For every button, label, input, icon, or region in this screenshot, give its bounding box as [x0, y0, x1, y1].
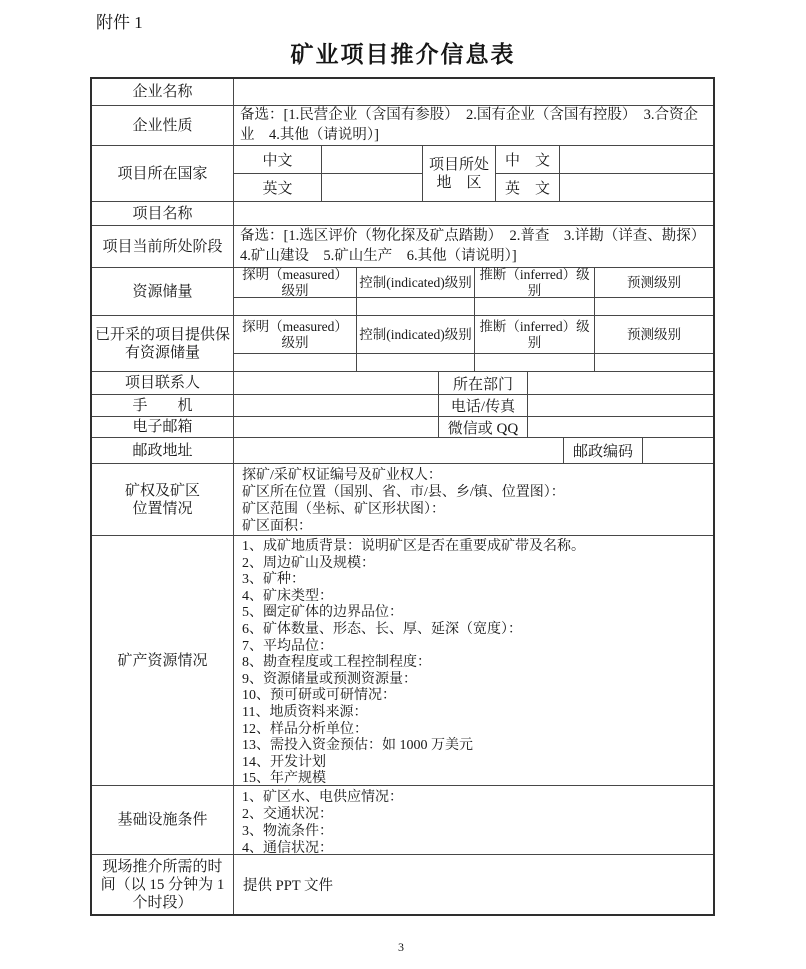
postal-address-label: 邮政地址 [92, 438, 233, 463]
contact-person-label: 项目联系人 [92, 372, 233, 394]
mined-value-inferred [474, 354, 594, 371]
mineral-line: 7、平均品位： [242, 639, 713, 656]
mined-value-measured [234, 354, 356, 371]
mineral-line: 9、资源储量或预测资源量： [242, 672, 713, 689]
resource-value-inferred [474, 298, 594, 315]
mining-rights-line: 矿区所在位置（国别、省、市/县、乡/镇、位置图）： [242, 484, 713, 501]
mineral-line: 5、圈定矿体的边界品位： [242, 605, 713, 622]
presentation-time-content: 提供 PPT 文件 [233, 855, 713, 914]
resource-value-row [234, 297, 713, 315]
email-label: 电子邮箱 [92, 417, 233, 437]
company-nature-label: 企业性质 [92, 106, 233, 145]
mined-reserves-label-line2: 有资源储量 [125, 344, 200, 362]
country-cn-label: 中文 [234, 146, 321, 173]
mineral-line: 14、开发计划 [242, 755, 713, 772]
mineral-line: 10、预可研或可研情况： [242, 688, 713, 705]
infrastructure-line: 2、交通状况： [242, 806, 713, 823]
row-project-name: 项目名称 [92, 201, 713, 225]
infrastructure-line: 3、物流条件： [242, 823, 713, 840]
row-country-region: 项目所在国家 中文 英文 项目所处 地 区 中 文 [92, 145, 713, 201]
row-infrastructure: 基础设施条件 1、矿区水、电供应情况： 2、交通状况： 3、物流条件： 4、通信… [92, 785, 713, 854]
presentation-label-line3: 个时段） [132, 894, 192, 912]
mineral-resources-content: 1、成矿地质背景：说明矿区是否在重要成矿带及名称。 2、周边矿山及规模： 3、矿… [233, 536, 713, 785]
contact-person-value [233, 372, 438, 394]
row-resource-reserves: 资源储量 探明（measured）级别 控制(indicated)级别 推断（i… [92, 267, 713, 315]
mined-col-inferred: 推断（inferred）级别 [474, 316, 594, 353]
page-number: 3 [398, 940, 404, 955]
mining-rights-content: 探矿/采矿权证编号及矿业权人： 矿区所在位置（国别、省、市/县、乡/镇、位置图）… [233, 464, 713, 535]
resource-reserves-label: 资源储量 [92, 268, 233, 315]
presentation-time-label: 现场推介所需的时 间（以 15 分钟为 1 个时段） [92, 855, 233, 914]
resource-header-row: 探明（measured）级别 控制(indicated)级别 推断（inferr… [234, 268, 713, 297]
row-mineral-resources: 矿产资源情况 1、成矿地质背景：说明矿区是否在重要成矿带及名称。 2、周边矿山及… [92, 535, 713, 785]
mining-rights-label-line2: 位置情况 [132, 500, 192, 518]
resource-col-measured: 探明（measured）级别 [234, 268, 356, 297]
mineral-line: 12、样品分析单位： [242, 722, 713, 739]
attachment-label: 附件 1 [96, 8, 143, 33]
project-stage-options: 备选：[1.选区评价（物化探及矿点踏勘） 2.普查 3.详勘（详查、勘探） 4.… [233, 226, 713, 267]
project-name-label: 项目名称 [92, 202, 233, 225]
row-company-nature: 企业性质 备选：[1.民营企业（含国有参股） 2.国有企业（含国有控股） 3.合… [92, 105, 713, 145]
mineral-line: 13、需投入资金预估：如 1000 万美元 [242, 738, 713, 755]
company-name-value [233, 79, 713, 105]
phone-fax-label: 电话/传真 [438, 395, 527, 416]
row-mobile: 手 机 电话/传真 [92, 394, 713, 416]
country-en-label: 英文 [234, 174, 321, 201]
email-value [233, 417, 438, 437]
phone-fax-value [527, 395, 713, 416]
region-en-row: 英 文 [496, 173, 713, 201]
department-value [527, 372, 713, 394]
region-cn-row: 中 文 [496, 146, 713, 173]
project-name-value [233, 202, 713, 225]
mined-reserves-grid: 探明（measured）级别 控制(indicated)级别 推断（inferr… [233, 316, 713, 371]
country-en-value [321, 174, 422, 201]
country-cn-value [321, 146, 422, 173]
resource-col-forecast: 预测级别 [594, 268, 713, 297]
row-email: 电子邮箱 微信或 QQ [92, 416, 713, 437]
document-page: 附件 1 矿业项目推介信息表 企业名称 企业性质 备选：[1.民营企业（含国有参… [0, 0, 806, 969]
postal-address-value [233, 438, 563, 463]
mined-value-forecast [594, 354, 713, 371]
region-label: 项目所处 地 区 [422, 146, 495, 201]
mobile-value [233, 395, 438, 416]
region-cn-value [559, 146, 713, 173]
resource-value-forecast [594, 298, 713, 315]
postal-code-value [642, 438, 713, 463]
mineral-resources-label: 矿产资源情况 [92, 536, 233, 785]
mined-col-measured: 探明（measured）级别 [234, 316, 356, 353]
mineral-line: 2、周边矿山及规模： [242, 556, 713, 573]
form-table: 企业名称 企业性质 备选：[1.民营企业（含国有参股） 2.国有企业（含国有控股… [90, 77, 715, 916]
mined-col-forecast: 预测级别 [594, 316, 713, 353]
resource-col-indicated: 控制(indicated)级别 [356, 268, 474, 297]
wechat-qq-value [527, 417, 713, 437]
region-label-line2: 地 区 [436, 174, 481, 192]
presentation-label-line2: 间（以 15 分钟为 1 [101, 876, 225, 894]
resource-value-measured [234, 298, 356, 315]
mining-rights-label-line1: 矿权及矿区 [125, 482, 200, 500]
mining-rights-line: 矿区范围（坐标、矿区形状图）： [242, 501, 713, 518]
row-contact-person: 项目联系人 所在部门 [92, 371, 713, 394]
row-mined-reserves: 已开采的项目提供保 有资源储量 探明（measured）级别 控制(indica… [92, 315, 713, 371]
mined-col-indicated: 控制(indicated)级别 [356, 316, 474, 353]
company-name-label: 企业名称 [92, 79, 233, 105]
mineral-line: 6、矿体数量、形态、长、厚、延深（宽度）： [242, 622, 713, 639]
country-cn-row: 中文 [234, 146, 422, 173]
mining-rights-line: 矿区面积： [242, 518, 713, 535]
resource-col-inferred: 推断（inferred）级别 [474, 268, 594, 297]
mining-rights-line: 探矿/采矿权证编号及矿业权人： [242, 467, 713, 484]
region-label-line1: 项目所处 [429, 156, 489, 174]
resource-value-indicated [356, 298, 474, 315]
mined-value-row [234, 353, 713, 371]
wechat-qq-label: 微信或 QQ [438, 417, 527, 437]
mineral-line: 4、矿床类型： [242, 589, 713, 606]
row-postal-address: 邮政地址 邮政编码 [92, 437, 713, 463]
mineral-line: 1、成矿地质背景：说明矿区是否在重要成矿带及名称。 [242, 539, 713, 556]
region-en-label: 英 文 [496, 174, 559, 201]
mobile-label: 手 机 [92, 395, 233, 416]
mined-reserves-label: 已开采的项目提供保 有资源储量 [92, 316, 233, 371]
mining-rights-label: 矿权及矿区 位置情况 [92, 464, 233, 535]
region-cn-label: 中 文 [496, 146, 559, 173]
infrastructure-line: 1、矿区水、电供应情况： [242, 789, 713, 806]
mined-header-row: 探明（measured）级别 控制(indicated)级别 推断（inferr… [234, 316, 713, 353]
mined-reserves-label-line1: 已开采的项目提供保 [95, 326, 230, 344]
postal-code-label: 邮政编码 [563, 438, 642, 463]
company-nature-options: 备选：[1.民营企业（含国有参股） 2.国有企业（含国有控股） 3.合资企业 4… [233, 106, 713, 145]
infrastructure-label: 基础设施条件 [92, 786, 233, 854]
mineral-line: 8、勘查程度或工程控制程度： [242, 655, 713, 672]
resource-reserves-grid: 探明（measured）级别 控制(indicated)级别 推断（inferr… [233, 268, 713, 315]
region-en-value [559, 174, 713, 201]
presentation-label-line1: 现场推介所需的时 [102, 858, 222, 876]
mineral-line: 3、矿种： [242, 572, 713, 589]
page-title: 矿业项目推介信息表 [0, 36, 806, 69]
project-stage-label: 项目当前所处阶段 [92, 226, 233, 267]
row-mining-rights: 矿权及矿区 位置情况 探矿/采矿权证编号及矿业权人： 矿区所在位置（国别、省、市… [92, 463, 713, 535]
mined-value-indicated [356, 354, 474, 371]
country-label: 项目所在国家 [92, 146, 233, 201]
row-presentation-time: 现场推介所需的时 间（以 15 分钟为 1 个时段） 提供 PPT 文件 [92, 854, 713, 914]
country-en-row: 英文 [234, 173, 422, 201]
country-subtable: 中文 英文 [233, 146, 422, 201]
department-label: 所在部门 [438, 372, 527, 394]
row-project-stage: 项目当前所处阶段 备选：[1.选区评价（物化探及矿点踏勘） 2.普查 3.详勘（… [92, 225, 713, 267]
mineral-line: 11、地质资料来源： [242, 705, 713, 722]
region-subtable: 中 文 英 文 [495, 146, 713, 201]
infrastructure-content: 1、矿区水、电供应情况： 2、交通状况： 3、物流条件： 4、通信状况： [233, 786, 713, 854]
row-company-name: 企业名称 [92, 79, 713, 105]
